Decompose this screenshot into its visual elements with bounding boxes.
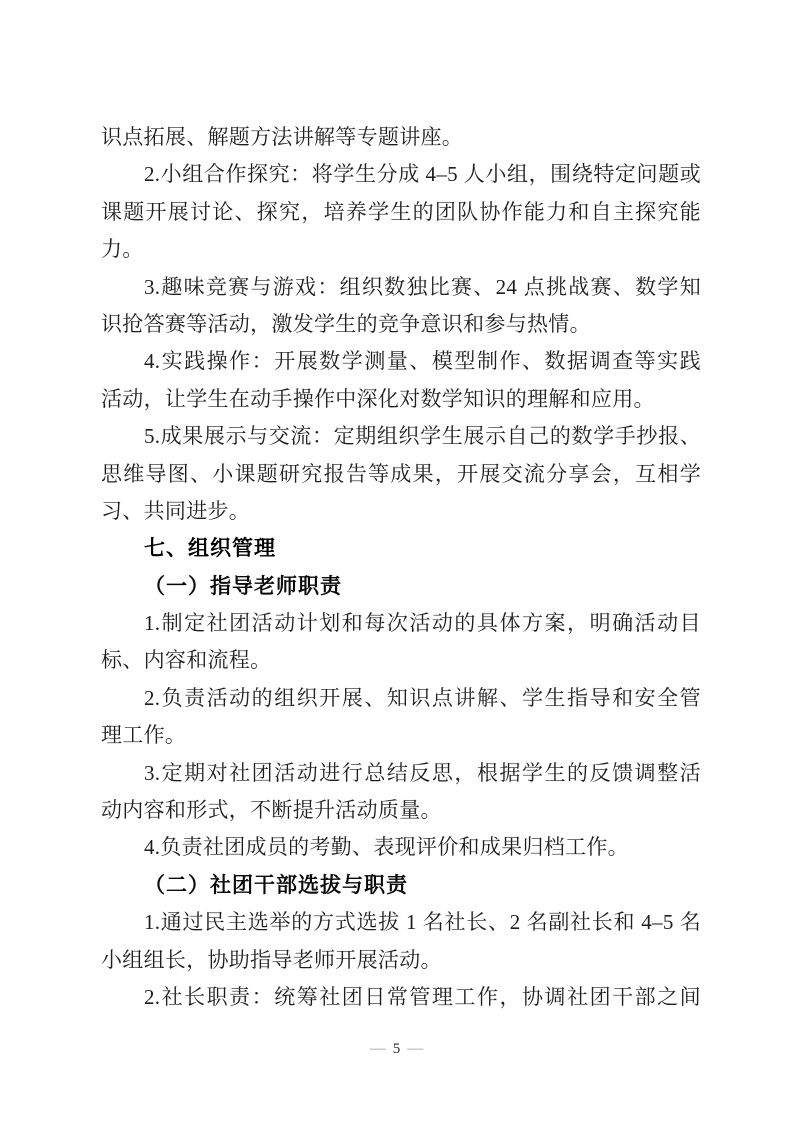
text-line: 5.成果展示与交流：定期组织学生展示自己的数学手抄报、 [101,418,701,455]
text-line: 思维导图、小课题研究报告等成果，开展交流分享会，互相学 [101,456,701,493]
text-line: 理工作。 [101,717,701,754]
page-number: 5 [393,1041,401,1057]
text-line: 1.制定社团活动计划和每次活动的具体方案，明确活动目 [101,605,701,642]
text-line: 4.实践操作：开展数学测量、模型制作、数据调查等实践 [101,343,701,380]
text-line: 习、共同进步。 [101,493,701,530]
document-body: 识点拓展、解题方法讲解等专题讲座。 2.小组合作探究：将学生分成 4–5 人小组… [101,119,701,1016]
page-footer: —5— [0,1038,793,1060]
footer-dash: — [407,1040,423,1057]
text-line: 活动，让学生在动手操作中深化对数学知识的理解和应用。 [101,381,701,418]
text-line: 标、内容和流程。 [101,642,701,679]
text-line: 2.负责活动的组织开展、知识点讲解、学生指导和安全管 [101,680,701,717]
text-line: 动内容和形式，不断提升活动质量。 [101,792,701,829]
subsection-heading-instructor-duties: （一）指导老师职责 [101,568,701,605]
subsection-heading-cadre-selection: （二）社团干部选拔与职责 [101,867,701,904]
text-line: 力。 [101,231,701,268]
text-line: 4.负责社团成员的考勤、表现评价和成果归档工作。 [101,829,701,866]
text-line: 识抢答赛等活动，激发学生的竞争意识和参与热情。 [101,306,701,343]
text-line: 1.通过民主选举的方式选拔 1 名社长、2 名副社长和 4–5 名 [101,904,701,941]
text-line: 3.趣味竞赛与游戏：组织数独比赛、24 点挑战赛、数学知 [101,269,701,306]
section-heading-organization-management: 七、组织管理 [101,530,701,567]
text-line: 2.小组合作探究：将学生分成 4–5 人小组，围绕特定问题或 [101,156,701,193]
text-line: 3.定期对社团活动进行总结反思，根据学生的反馈调整活 [101,755,701,792]
text-line: 2.社长职责：统筹社团日常管理工作，协调社团干部之间 [101,979,701,1016]
text-line: 识点拓展、解题方法讲解等专题讲座。 [101,119,701,156]
text-line: 课题开展讨论、探究，培养学生的团队协作能力和自主探究能 [101,194,701,231]
document-page: 识点拓展、解题方法讲解等专题讲座。 2.小组合作探究：将学生分成 4–5 人小组… [0,0,793,1122]
footer-dash: — [370,1040,386,1057]
text-line: 小组组长，协助指导老师开展活动。 [101,942,701,979]
